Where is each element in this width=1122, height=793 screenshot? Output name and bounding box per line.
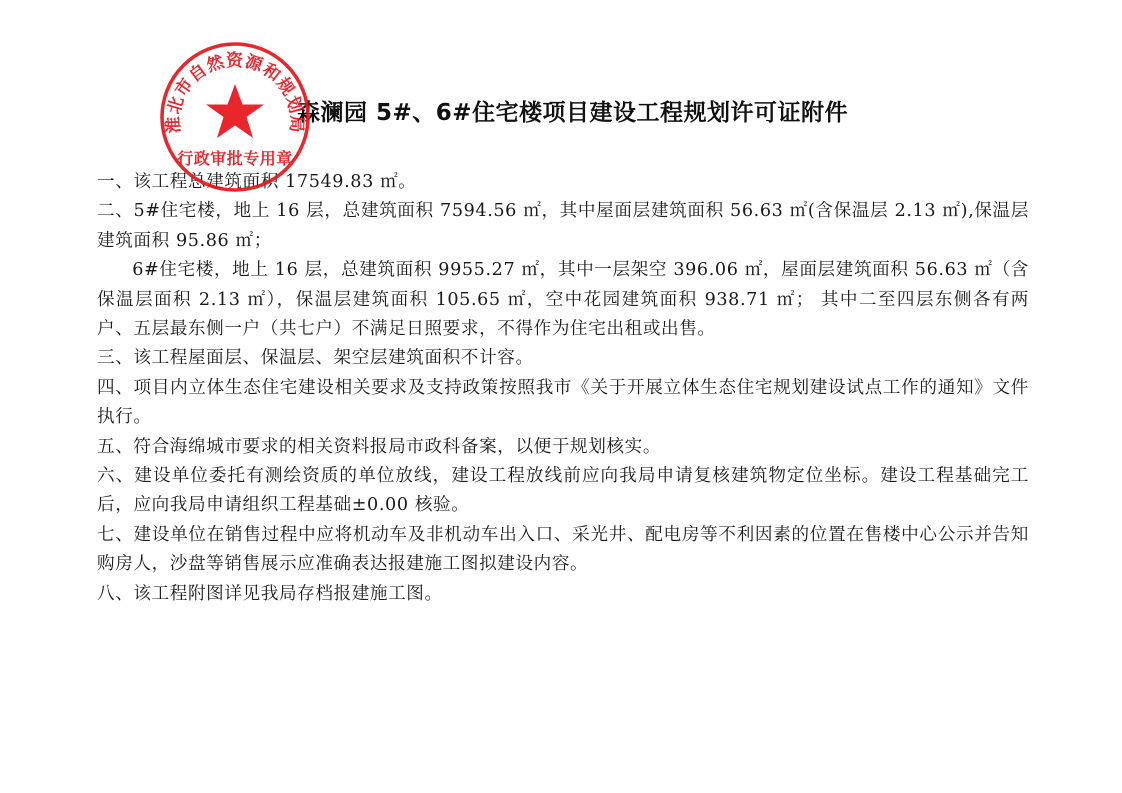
paragraph-6: 六、建设单位委托有测绘资质的单位放线，建设工程放线前应向我局申请复核建筑物定位坐… bbox=[97, 462, 1029, 521]
paragraph-4: 四、项目内立体生态住宅建设相关要求及支持政策按照我市《关于开展立体生态住宅规划建… bbox=[97, 374, 1029, 433]
stamp-center-text: 行政审批专用章 bbox=[177, 149, 293, 168]
paragraph-5: 五、符合海绵城市要求的相关资料报局市政科备案，以便于规划核实。 bbox=[97, 433, 1029, 462]
stamp-arc-text: 淮北市自然资源和规划局 bbox=[163, 50, 307, 134]
paragraph-8: 八、该工程附图详见我局存档报建施工图。 bbox=[97, 580, 1029, 609]
paragraph-2-building-6: 6#住宅楼，地上 16 层，总建筑面积 9955.27 ㎡，其中一层架空 396… bbox=[97, 256, 1029, 344]
paragraph-3: 三、该工程屋面层、保温层、架空层建筑面积不计容。 bbox=[97, 344, 1029, 373]
star-icon bbox=[206, 84, 264, 138]
paragraph-1: 一、该工程总建筑面积 17549.83 ㎡。 bbox=[97, 168, 1029, 197]
document-body: 一、该工程总建筑面积 17549.83 ㎡。 二、5#住宅楼，地上 16 层，总… bbox=[97, 168, 1029, 609]
paragraph-2: 二、5#住宅楼，地上 16 层，总建筑面积 7594.56 ㎡，其中屋面层建筑面… bbox=[97, 197, 1029, 256]
paragraph-7: 七、建设单位在销售过程中应将机动车及非机动车出入口、采光井、配电房等不利因素的位… bbox=[97, 521, 1029, 580]
document-title: 森澜园 5#、6#住宅楼项目建设工程规划许可证附件 bbox=[297, 94, 857, 127]
